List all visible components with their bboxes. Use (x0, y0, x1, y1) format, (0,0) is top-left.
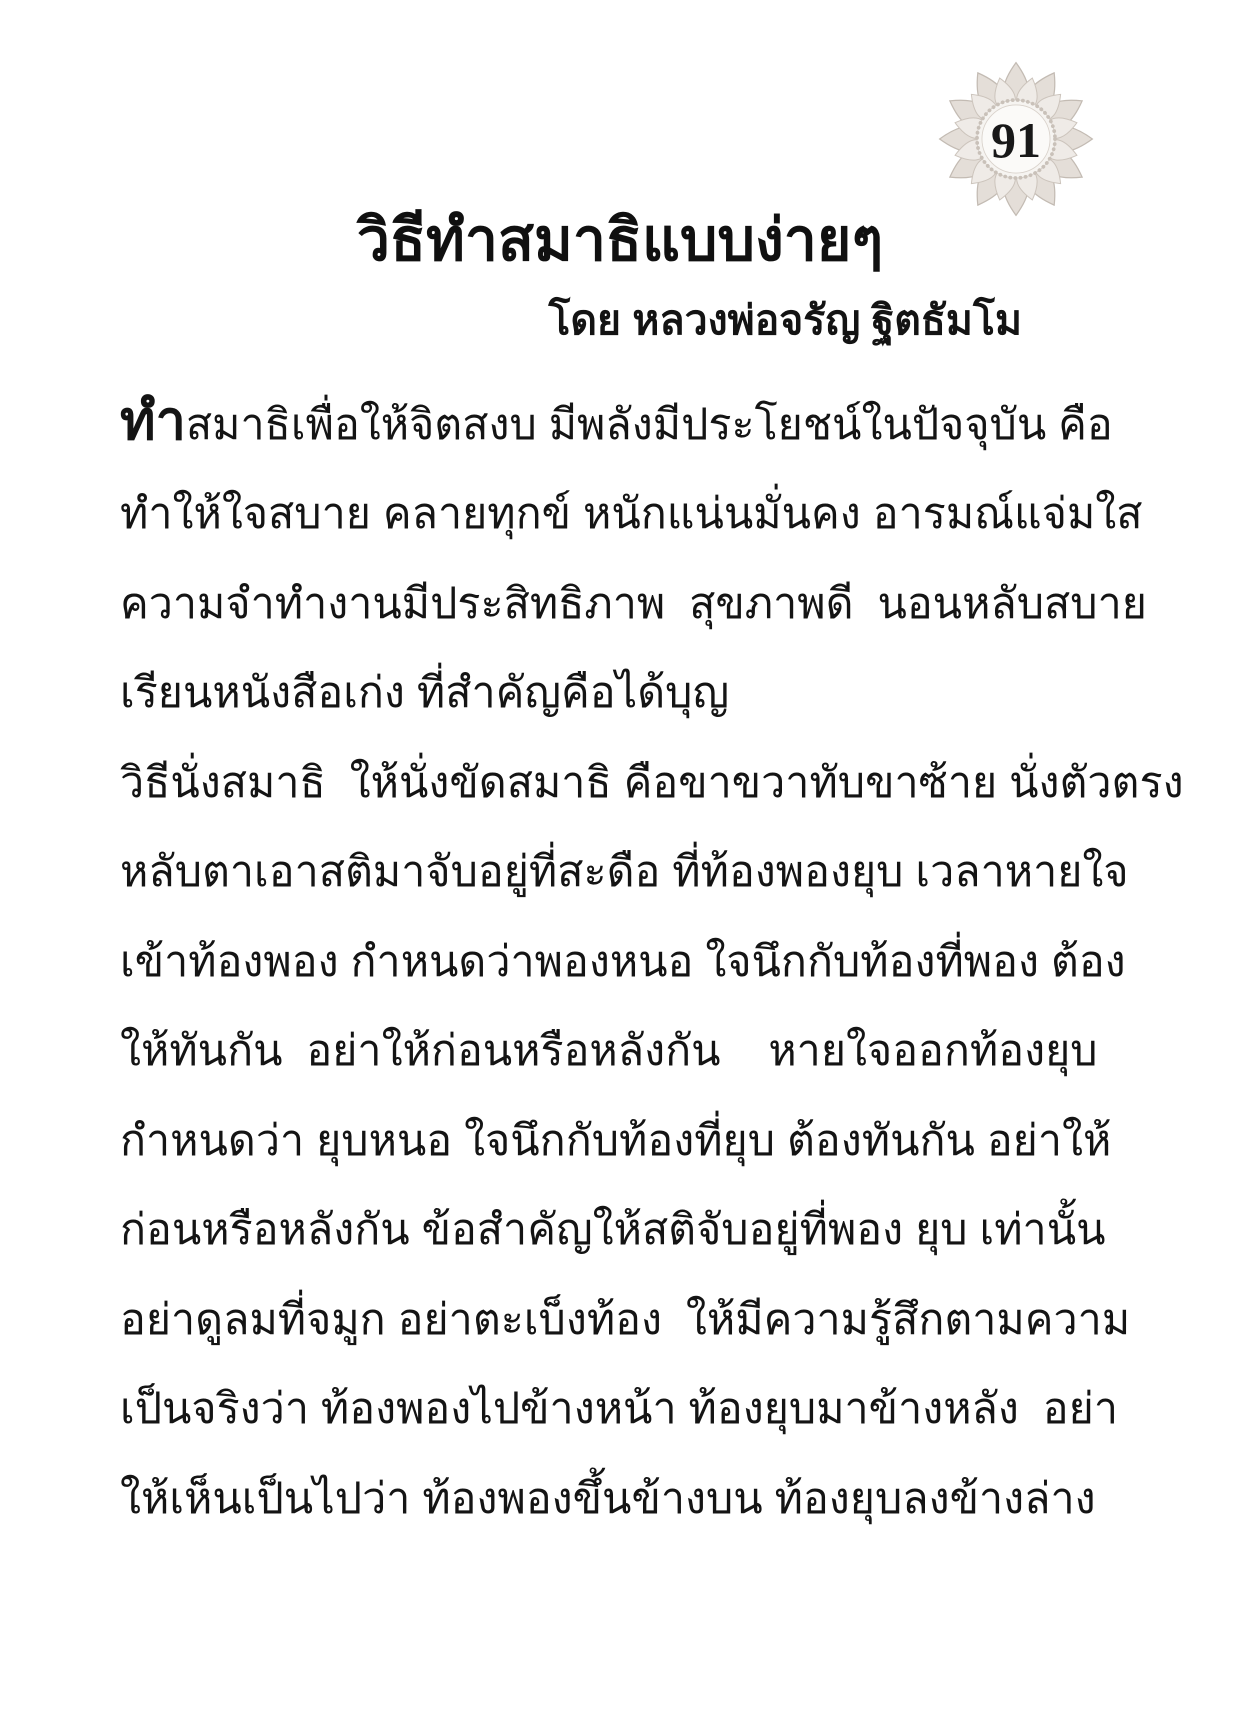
byline: โดย หลวงพ่อจรัญ ฐิตธัมโม (0, 288, 1240, 353)
text-line: ให้ทันกัน อย่าให้ก่อนหรือหลังกัน หายใจออ… (120, 1007, 1122, 1097)
text-line: ความจำทำงานมีประสิทธิภาพ สุขภาพดี นอนหลั… (120, 560, 1122, 650)
page-number-badge: 91 (933, 56, 1099, 222)
book-page: 91 วิธีทำสมาธิแบบง่ายๆ โดย หลวงพ่อจรัญ ฐ… (0, 0, 1240, 1713)
text-line: หลับตาเอาสติมาจับอยู่ที่สะดือ ที่ท้องพอง… (120, 828, 1122, 918)
first-line-rest: สมาธิเพื่อให้จิตสงบ มีพลังมีประโยชน์ในปั… (186, 401, 1113, 449)
text-line: ก่อนหรือหลังกัน ข้อสำคัญให้สติจับอยู่ที่… (120, 1186, 1122, 1276)
page-number: 91 (933, 56, 1099, 222)
text-line: กำหนดว่า ยุบหนอ ใจนึกกับท้องที่ยุบ ต้องท… (120, 1097, 1122, 1187)
text-line: ทำให้ใจสบาย คลายทุกข์ หนักแน่นมั่นคง อาร… (120, 470, 1122, 560)
body-text: ทำสมาธิเพื่อให้จิตสงบ มีพลังมีประโยชน์ใน… (120, 377, 1122, 1545)
text-line: เข้าท้องพอง กำหนดว่าพองหนอ ใจนึกกับท้องท… (120, 918, 1122, 1008)
text-line: เรียนหนังสือเก่ง ที่สำคัญคือได้บุญ (120, 649, 1122, 739)
text-line: ให้เห็นเป็นไปว่า ท้องพองขึ้นข้างบน ท้องย… (120, 1455, 1122, 1545)
text-line: เป็นจริงว่า ท้องพองไปข้างหน้า ท้องยุบมาข… (120, 1365, 1122, 1455)
text-line: วิธีนั่งสมาธิ ให้นั่งขัดสมาธิ คือขาขวาทั… (120, 739, 1122, 829)
text-line-first: ทำสมาธิเพื่อให้จิตสงบ มีพลังมีประโยชน์ใน… (120, 377, 1122, 471)
lead-word: ทำ (120, 391, 186, 451)
text-line: อย่าดูลมที่จมูก อย่าตะเบ็งท้อง ให้มีความ… (120, 1276, 1122, 1366)
